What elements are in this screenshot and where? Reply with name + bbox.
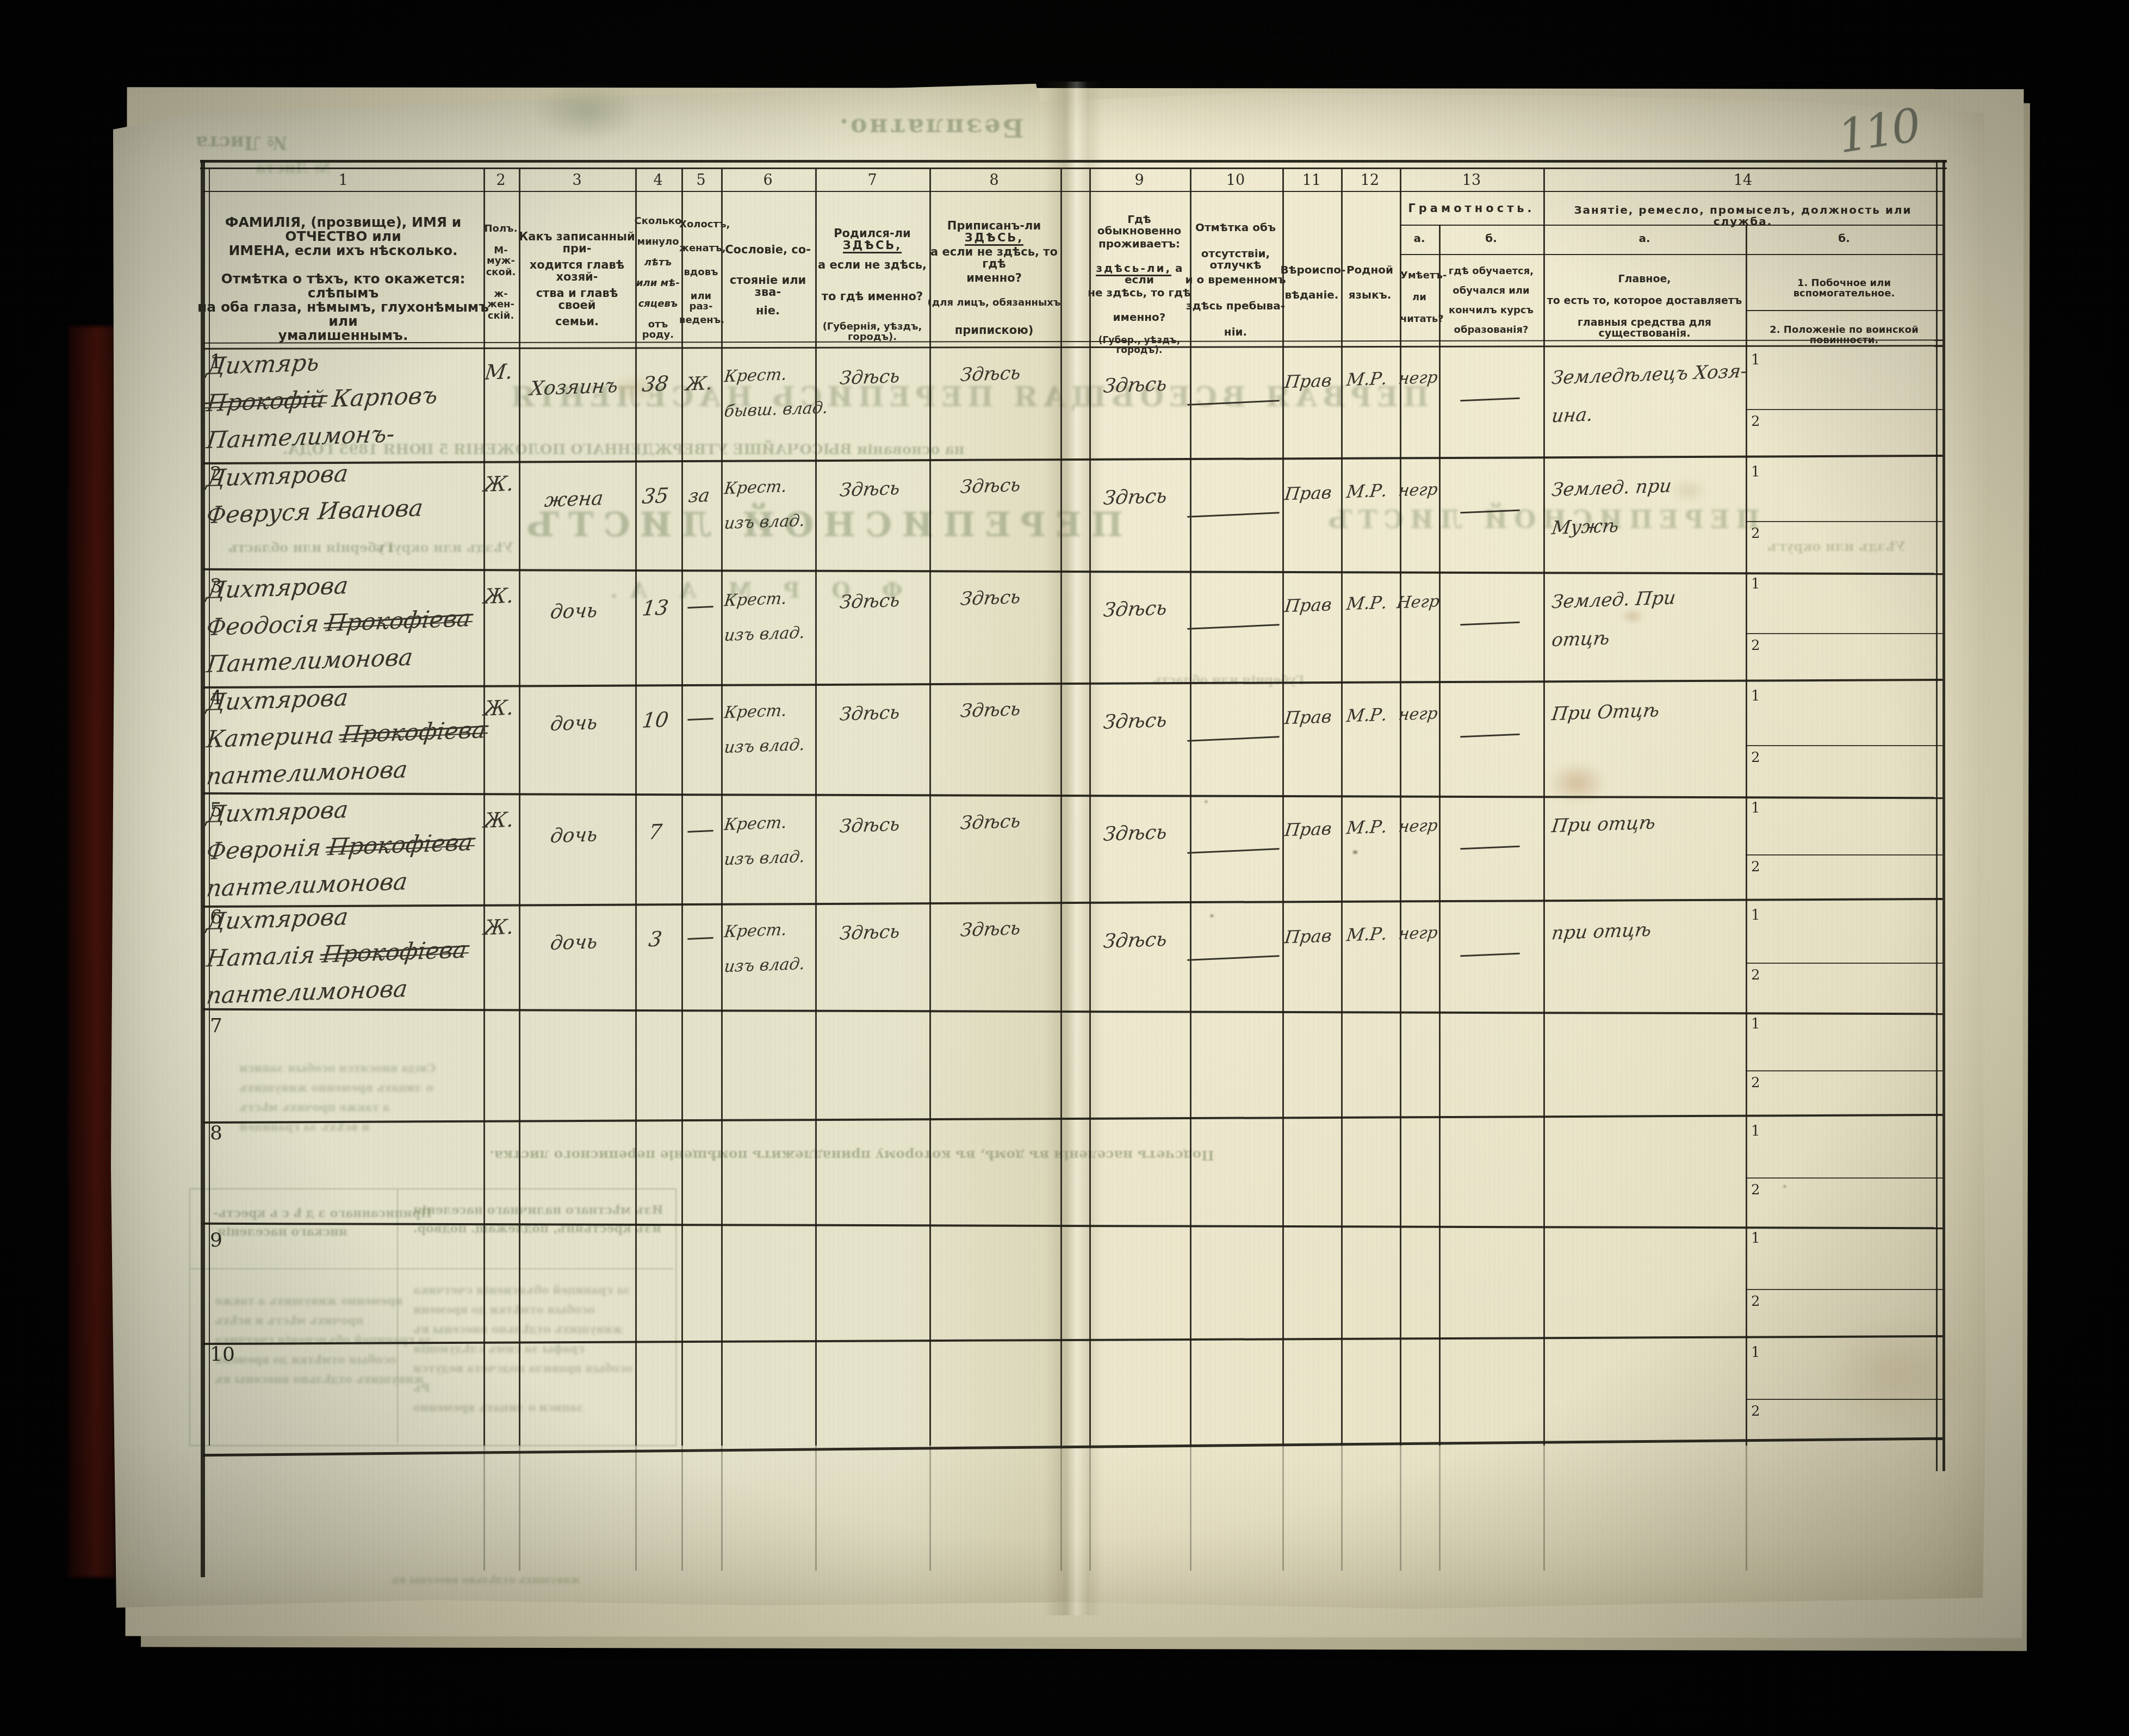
- census-sheet-paper: [109, 79, 1989, 1625]
- photo-stage: Безплатно.№ Листа№ ЛистаПЕРВАЯ ВСЕОБЩАЯ …: [0, 0, 2129, 1736]
- background-book-edge: [69, 326, 115, 1577]
